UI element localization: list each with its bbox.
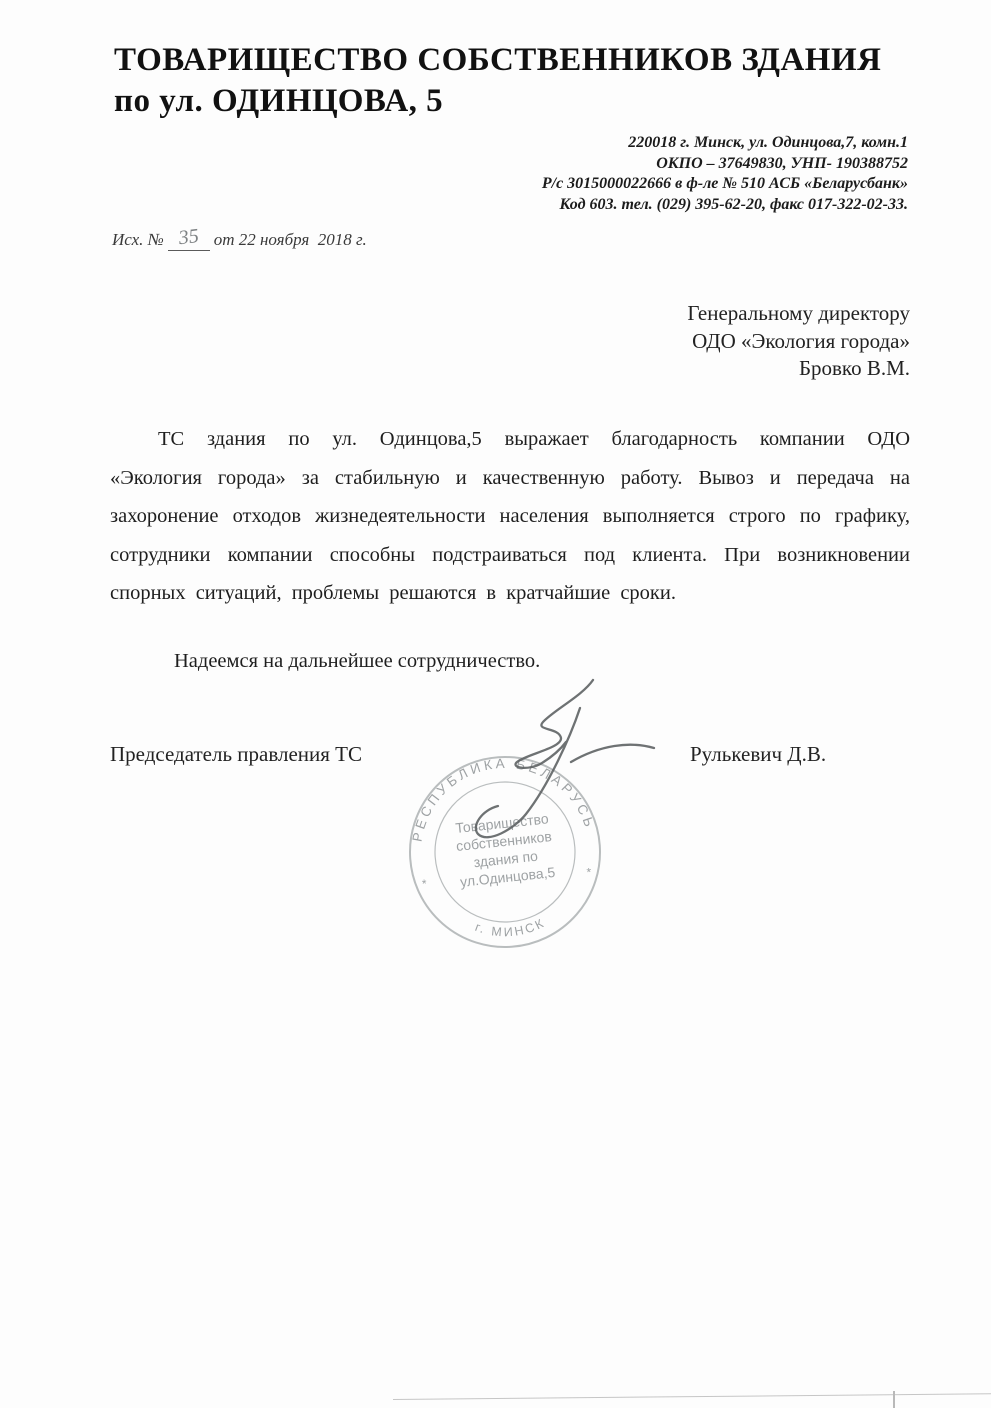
scan-artifact-tick bbox=[893, 1391, 895, 1408]
letterhead-requisites: 220018 г. Минск, ул. Одинцова,7, комн.1 … bbox=[348, 133, 908, 215]
org-title: ТОВАРИЩЕСТВО СОБСТВЕННИКОВ ЗДАНИЯ по ул.… bbox=[114, 40, 944, 122]
ref-number-handwritten: 35 bbox=[177, 227, 199, 247]
requisites-phone-fax: Код 603. тел. (029) 395-62-20, факс 017-… bbox=[348, 195, 908, 216]
signature-position-title: Председатель правления ТС bbox=[110, 742, 362, 767]
signature-stroke bbox=[476, 708, 580, 837]
addressee-block: Генеральному директору ОДО «Экология гор… bbox=[490, 300, 910, 383]
requisites-address: 220018 г. Минск, ул. Одинцова,7, комн.1 bbox=[348, 133, 908, 154]
stamp-separator-right: * bbox=[586, 865, 592, 879]
scanned-letter-page: ТОВАРИЩЕСТВО СОБСТВЕННИКОВ ЗДАНИЯ по ул.… bbox=[0, 0, 991, 1408]
requisites-okpo-unp: ОКПО – 37649830, УНП- 190388752 bbox=[348, 154, 908, 175]
handwritten-signature bbox=[430, 658, 720, 858]
body-paragraph: ТС здания по ул. Одинцова,5 выражает бла… bbox=[110, 420, 910, 613]
ref-number-underline: 35 bbox=[168, 230, 210, 251]
addressee-company: ОДО «Экология города» bbox=[490, 328, 910, 356]
signature-stroke bbox=[515, 680, 593, 768]
signature-stroke bbox=[571, 745, 654, 762]
org-title-line1: ТОВАРИЩЕСТВО СОБСТВЕННИКОВ ЗДАНИЯ bbox=[114, 40, 944, 81]
stamp-separator-left: * bbox=[422, 877, 428, 891]
addressee-position: Генеральному директору bbox=[490, 300, 910, 328]
addressee-name: Бровко В.М. bbox=[490, 355, 910, 383]
scan-artifact-line bbox=[393, 1393, 991, 1400]
ref-date: от 22 ноября 2018 г. bbox=[214, 230, 367, 249]
outgoing-ref-line: Исх. №35от 22 ноября 2018 г. bbox=[112, 230, 367, 251]
letter-body: ТС здания по ул. Одинцова,5 выражает бла… bbox=[110, 420, 910, 613]
org-title-line2: по ул. ОДИНЦОВА, 5 bbox=[114, 81, 944, 122]
ref-prefix: Исх. № bbox=[112, 230, 164, 249]
requisites-bank-account: Р/с 3015000022666 в ф-ле № 510 АСБ «Бела… bbox=[348, 174, 908, 195]
